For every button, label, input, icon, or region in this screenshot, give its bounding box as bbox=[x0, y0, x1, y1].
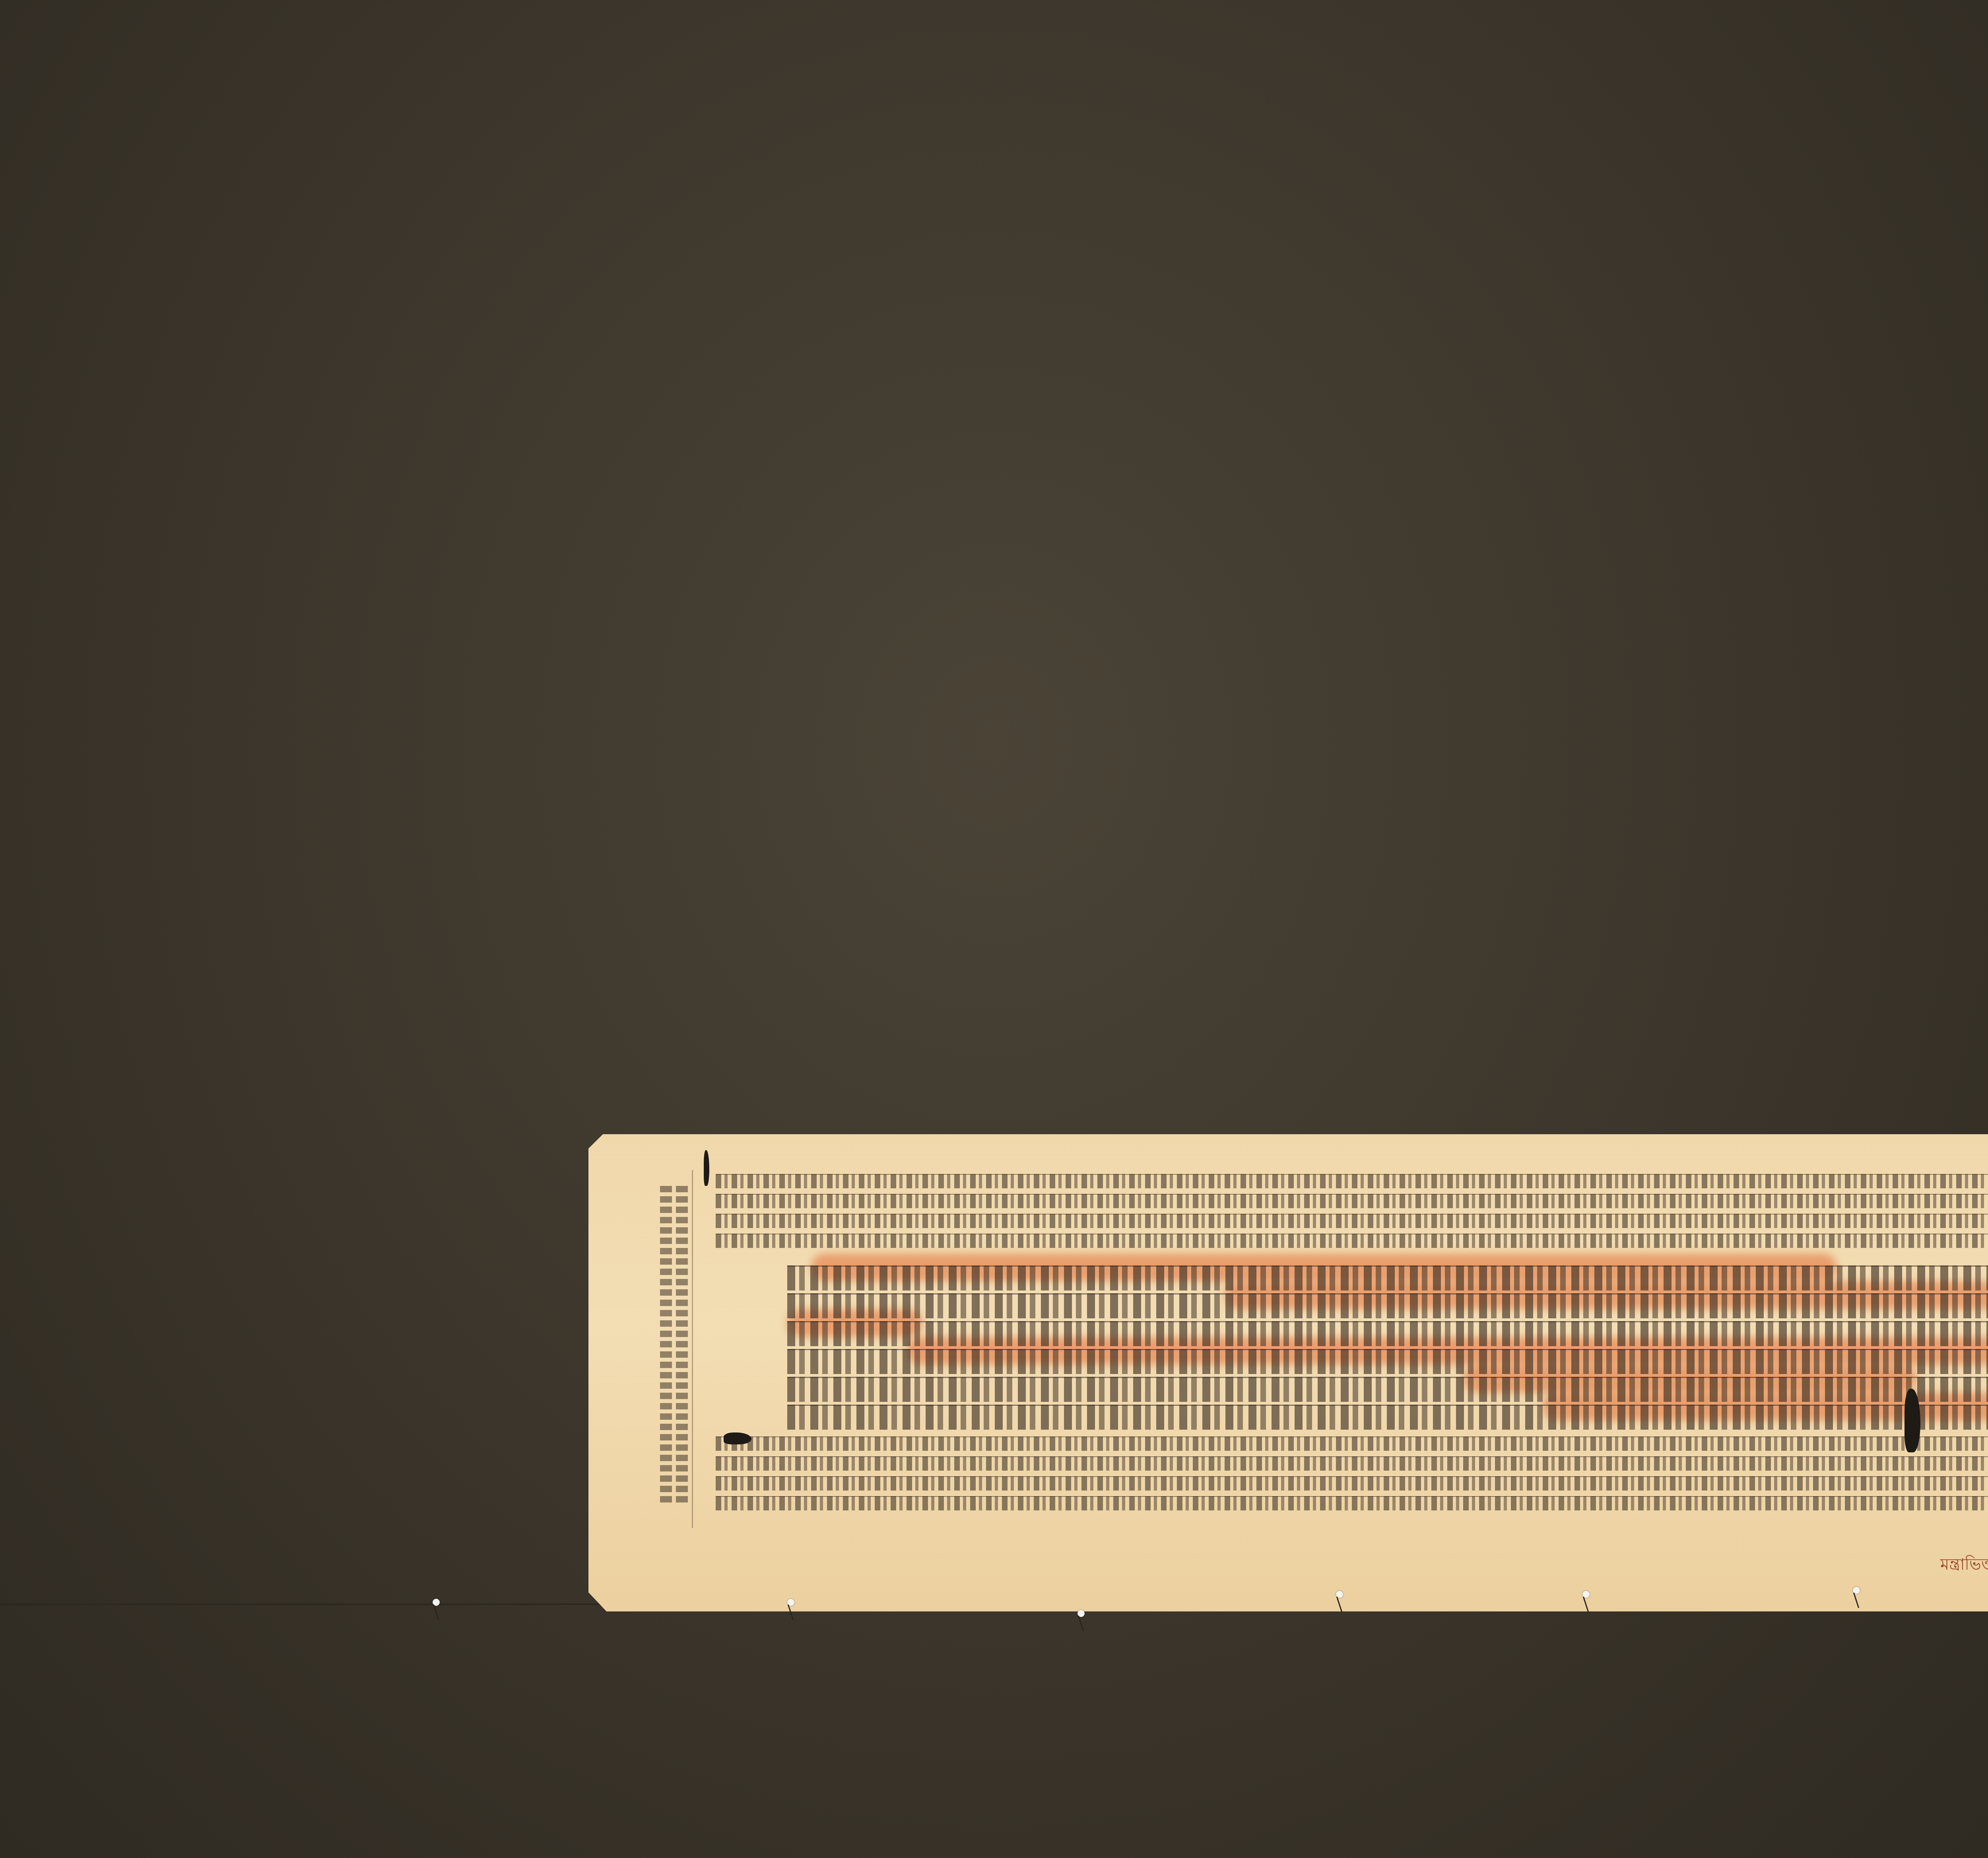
manuscript-folio: মন্ত্রাভিক্ত bbox=[588, 1134, 1988, 1611]
upper-commentary-line bbox=[716, 1214, 1988, 1228]
main-text-line bbox=[787, 1293, 1988, 1318]
upper-commentary-line bbox=[716, 1234, 1988, 1248]
main-text-line bbox=[787, 1405, 1988, 1430]
mounting-pin bbox=[1853, 1587, 1860, 1594]
colophon-label: মন্ত্রাভিক্ত bbox=[1940, 1552, 1988, 1578]
wormhole bbox=[724, 1432, 751, 1444]
mounting-pin bbox=[433, 1599, 440, 1606]
main-text-line bbox=[787, 1321, 1988, 1346]
lower-commentary-line bbox=[716, 1436, 1988, 1451]
main-text-line bbox=[787, 1377, 1988, 1402]
main-text-line bbox=[787, 1349, 1988, 1374]
left-margin-text-2 bbox=[676, 1186, 688, 1504]
wormhole bbox=[704, 1150, 709, 1186]
mounting-pin bbox=[1582, 1591, 1590, 1598]
lower-commentary-line bbox=[716, 1476, 1988, 1491]
upper-commentary-line bbox=[716, 1194, 1988, 1208]
mounting-pin bbox=[1077, 1610, 1085, 1617]
upper-commentary-line bbox=[716, 1174, 1988, 1188]
lower-commentary-line bbox=[716, 1456, 1988, 1471]
mounting-pin bbox=[1336, 1591, 1343, 1598]
main-text-line bbox=[787, 1265, 1988, 1290]
lower-commentary-line bbox=[716, 1496, 1988, 1510]
mounting-pin bbox=[787, 1599, 794, 1606]
left-margin-text bbox=[660, 1186, 672, 1504]
